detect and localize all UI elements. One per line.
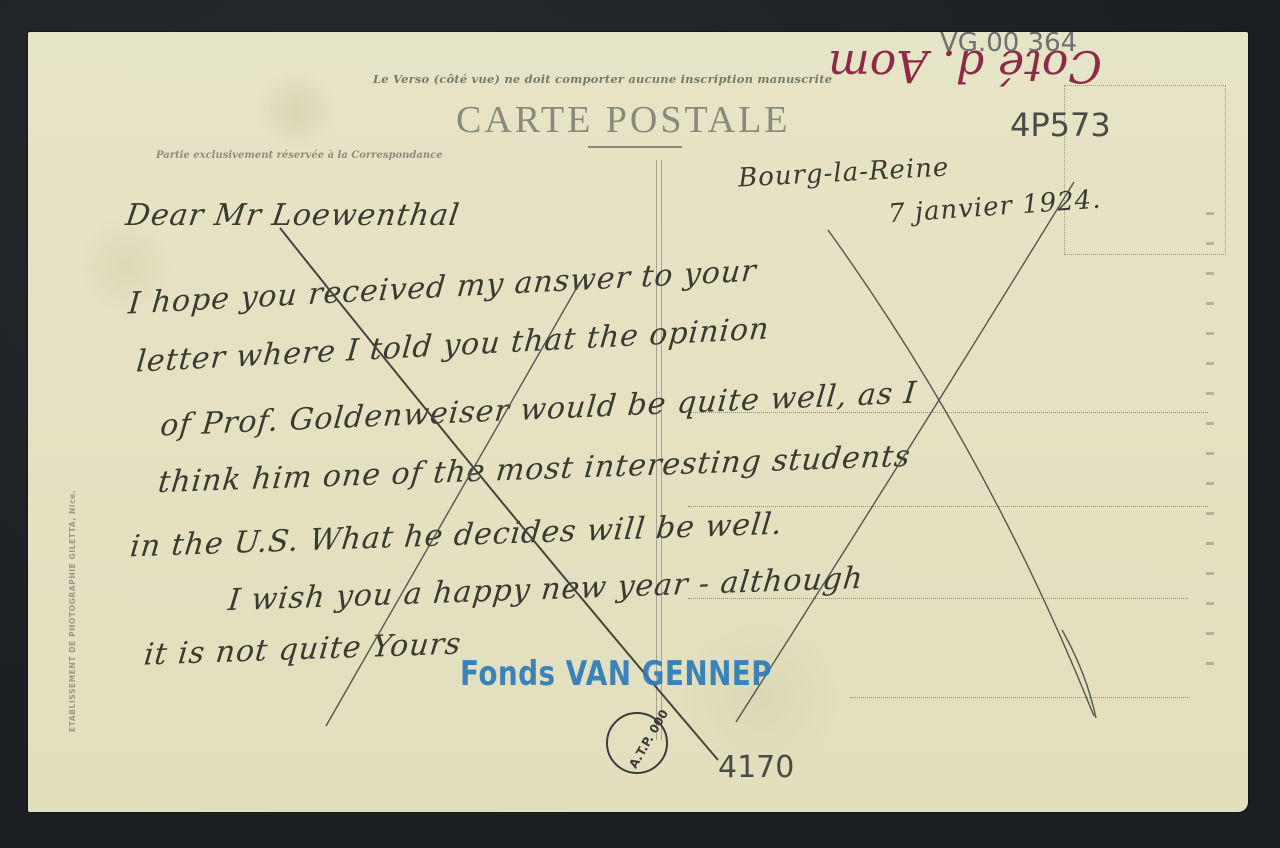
correspondence-label: Partie exclusivement réservée à la Corre… — [156, 150, 443, 161]
archive-gray-reference-mid: 4P573 — [1010, 106, 1111, 144]
right-edge-print — [1206, 212, 1214, 682]
archive-bottom-reference: 4170 — [718, 750, 794, 785]
fonds-stamp: Fonds VAN GENNEP — [460, 654, 772, 694]
title-underline — [588, 146, 682, 148]
round-stamp-text: A.T.P. 000 — [626, 707, 671, 771]
printer-credit: ETABLISSEMENT DE PHOTOGRAPHIE GILETTA, N… — [68, 490, 77, 732]
printed-instruction: Le Verso (côté vue) ne doit comporter au… — [373, 72, 832, 86]
handwritten-line: of Prof. Goldenweiser would be quite wel… — [159, 375, 919, 443]
postcard: Le Verso (côté vue) ne doit comporter au… — [28, 32, 1248, 812]
handwritten-line: it is not quite Yours — [142, 626, 463, 672]
handwritten-line: letter where I told you that the opinion — [135, 311, 771, 379]
handwritten-line: think him one of the most interesting st… — [156, 439, 912, 500]
handwritten-line: I hope you received my answer to your — [127, 253, 758, 321]
handwritten-salutation: Dear Mr Loewenthal — [124, 198, 462, 233]
handwritten-place: Bourg-la-Reine — [737, 152, 950, 193]
archive-gray-reference-top: VG.00 364 — [940, 32, 1077, 58]
postcard-title: CARTE POSTALE — [456, 98, 791, 142]
handwritten-line: in the U.S. What he decides will be well… — [128, 507, 784, 565]
handwritten-line: I wish you a happy new year - although — [226, 561, 865, 618]
round-stamp: A.T.P. 000 — [606, 712, 668, 774]
address-line-4 — [850, 697, 1190, 698]
